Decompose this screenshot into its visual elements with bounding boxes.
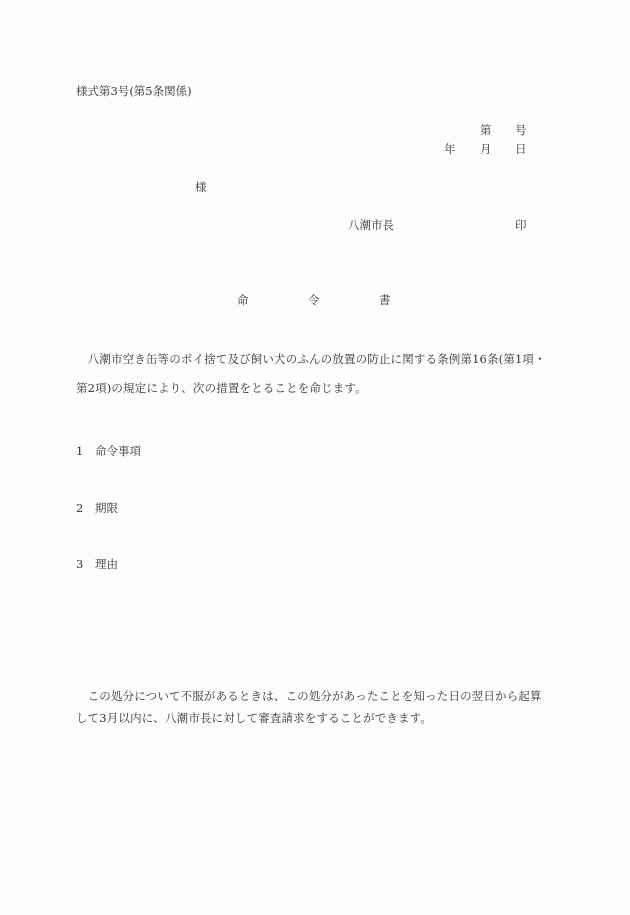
date-year: 年 bbox=[444, 142, 456, 156]
document-number-suffix: 号 bbox=[515, 123, 527, 137]
document-title-char: 書 bbox=[379, 293, 391, 307]
intro-paragraph-line-2: 第2項)の規定により、次の措置をとることを命じます。 bbox=[76, 381, 554, 395]
order-item-number: 3 bbox=[76, 557, 83, 571]
intro-paragraph-line-1: 八潮市空き缶等のポイ捨て及び飼い犬のふんの放置の防止に関する条例第16条(第1項… bbox=[76, 352, 554, 381]
order-item-number: 1 bbox=[76, 444, 83, 458]
order-item-number: 2 bbox=[76, 501, 83, 515]
document-title-char: 令 bbox=[308, 293, 320, 307]
appeal-notice-line-1: この処分について不服があるときは、この処分があったことを知った日の翌日から起算 bbox=[76, 689, 554, 711]
order-item-label: 命令事項 bbox=[95, 444, 141, 458]
date-day: 日 bbox=[515, 142, 527, 156]
document-title-char: 命 bbox=[237, 293, 249, 307]
seal-mark: 印 bbox=[515, 218, 527, 232]
order-item-label: 理由 bbox=[95, 557, 118, 571]
date-month: 月 bbox=[480, 142, 492, 156]
appeal-notice-paragraph: この処分について不服があるときは、この処分があったことを知った日の翌日から起算 … bbox=[76, 689, 554, 725]
form-label: 様式第3号(第5条関係) bbox=[76, 84, 192, 98]
intro-paragraph: 八潮市空き缶等のポイ捨て及び飼い犬のふんの放置の防止に関する条例第16条(第1項… bbox=[76, 352, 554, 395]
order-item-label: 期限 bbox=[95, 501, 118, 515]
appeal-notice-line-2: して3月以内に、八潮市長に対して審査請求をすることができます。 bbox=[76, 711, 554, 725]
addressee-honorific: 様 bbox=[195, 180, 207, 194]
document-number-prefix: 第 bbox=[480, 123, 492, 137]
issuer-title: 八潮市長 bbox=[348, 218, 394, 232]
